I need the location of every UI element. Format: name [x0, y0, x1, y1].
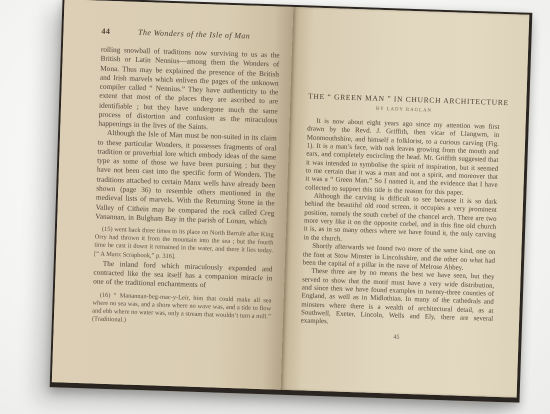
book-photo: 44 The Wonders of the Isle of Man rollin…: [0, 0, 550, 414]
article-byline: BY LADY RAGLAN: [308, 105, 500, 116]
right-page-number: 45: [300, 331, 492, 343]
right-paragraph-1: It is now about eight years ago since my…: [305, 118, 500, 199]
open-book: 44 The Wonders of the Isle of Man rollin…: [50, 0, 533, 403]
left-paragraph-inland-ford: The inland ford which miraculously expan…: [93, 258, 273, 292]
left-running-head: 44 The Wonders of the Isle of Man: [101, 27, 280, 42]
right-page: THE “ GREEN MAN ” IN CHURCH ARCHITECTURE…: [280, 7, 529, 398]
right-paragraph-4: These three are by no means the best we …: [301, 268, 495, 333]
left-page: 44 The Wonders of the Isle of Man rollin…: [52, 0, 293, 390]
left-page-number: 44: [101, 27, 110, 36]
footnote-16: (16) “ Manannan-beg-mac-y-Leir, him that…: [92, 291, 272, 330]
left-paragraph-although: Although the Isle of Man must be non-sui…: [95, 128, 277, 227]
left-paragraph-continuation: rolling snowball of traditions now survi…: [98, 45, 279, 134]
right-paragraph-2: Although the carving is difficult to see…: [303, 193, 497, 249]
running-title: The Wonders of the Isle of Man: [138, 28, 250, 41]
